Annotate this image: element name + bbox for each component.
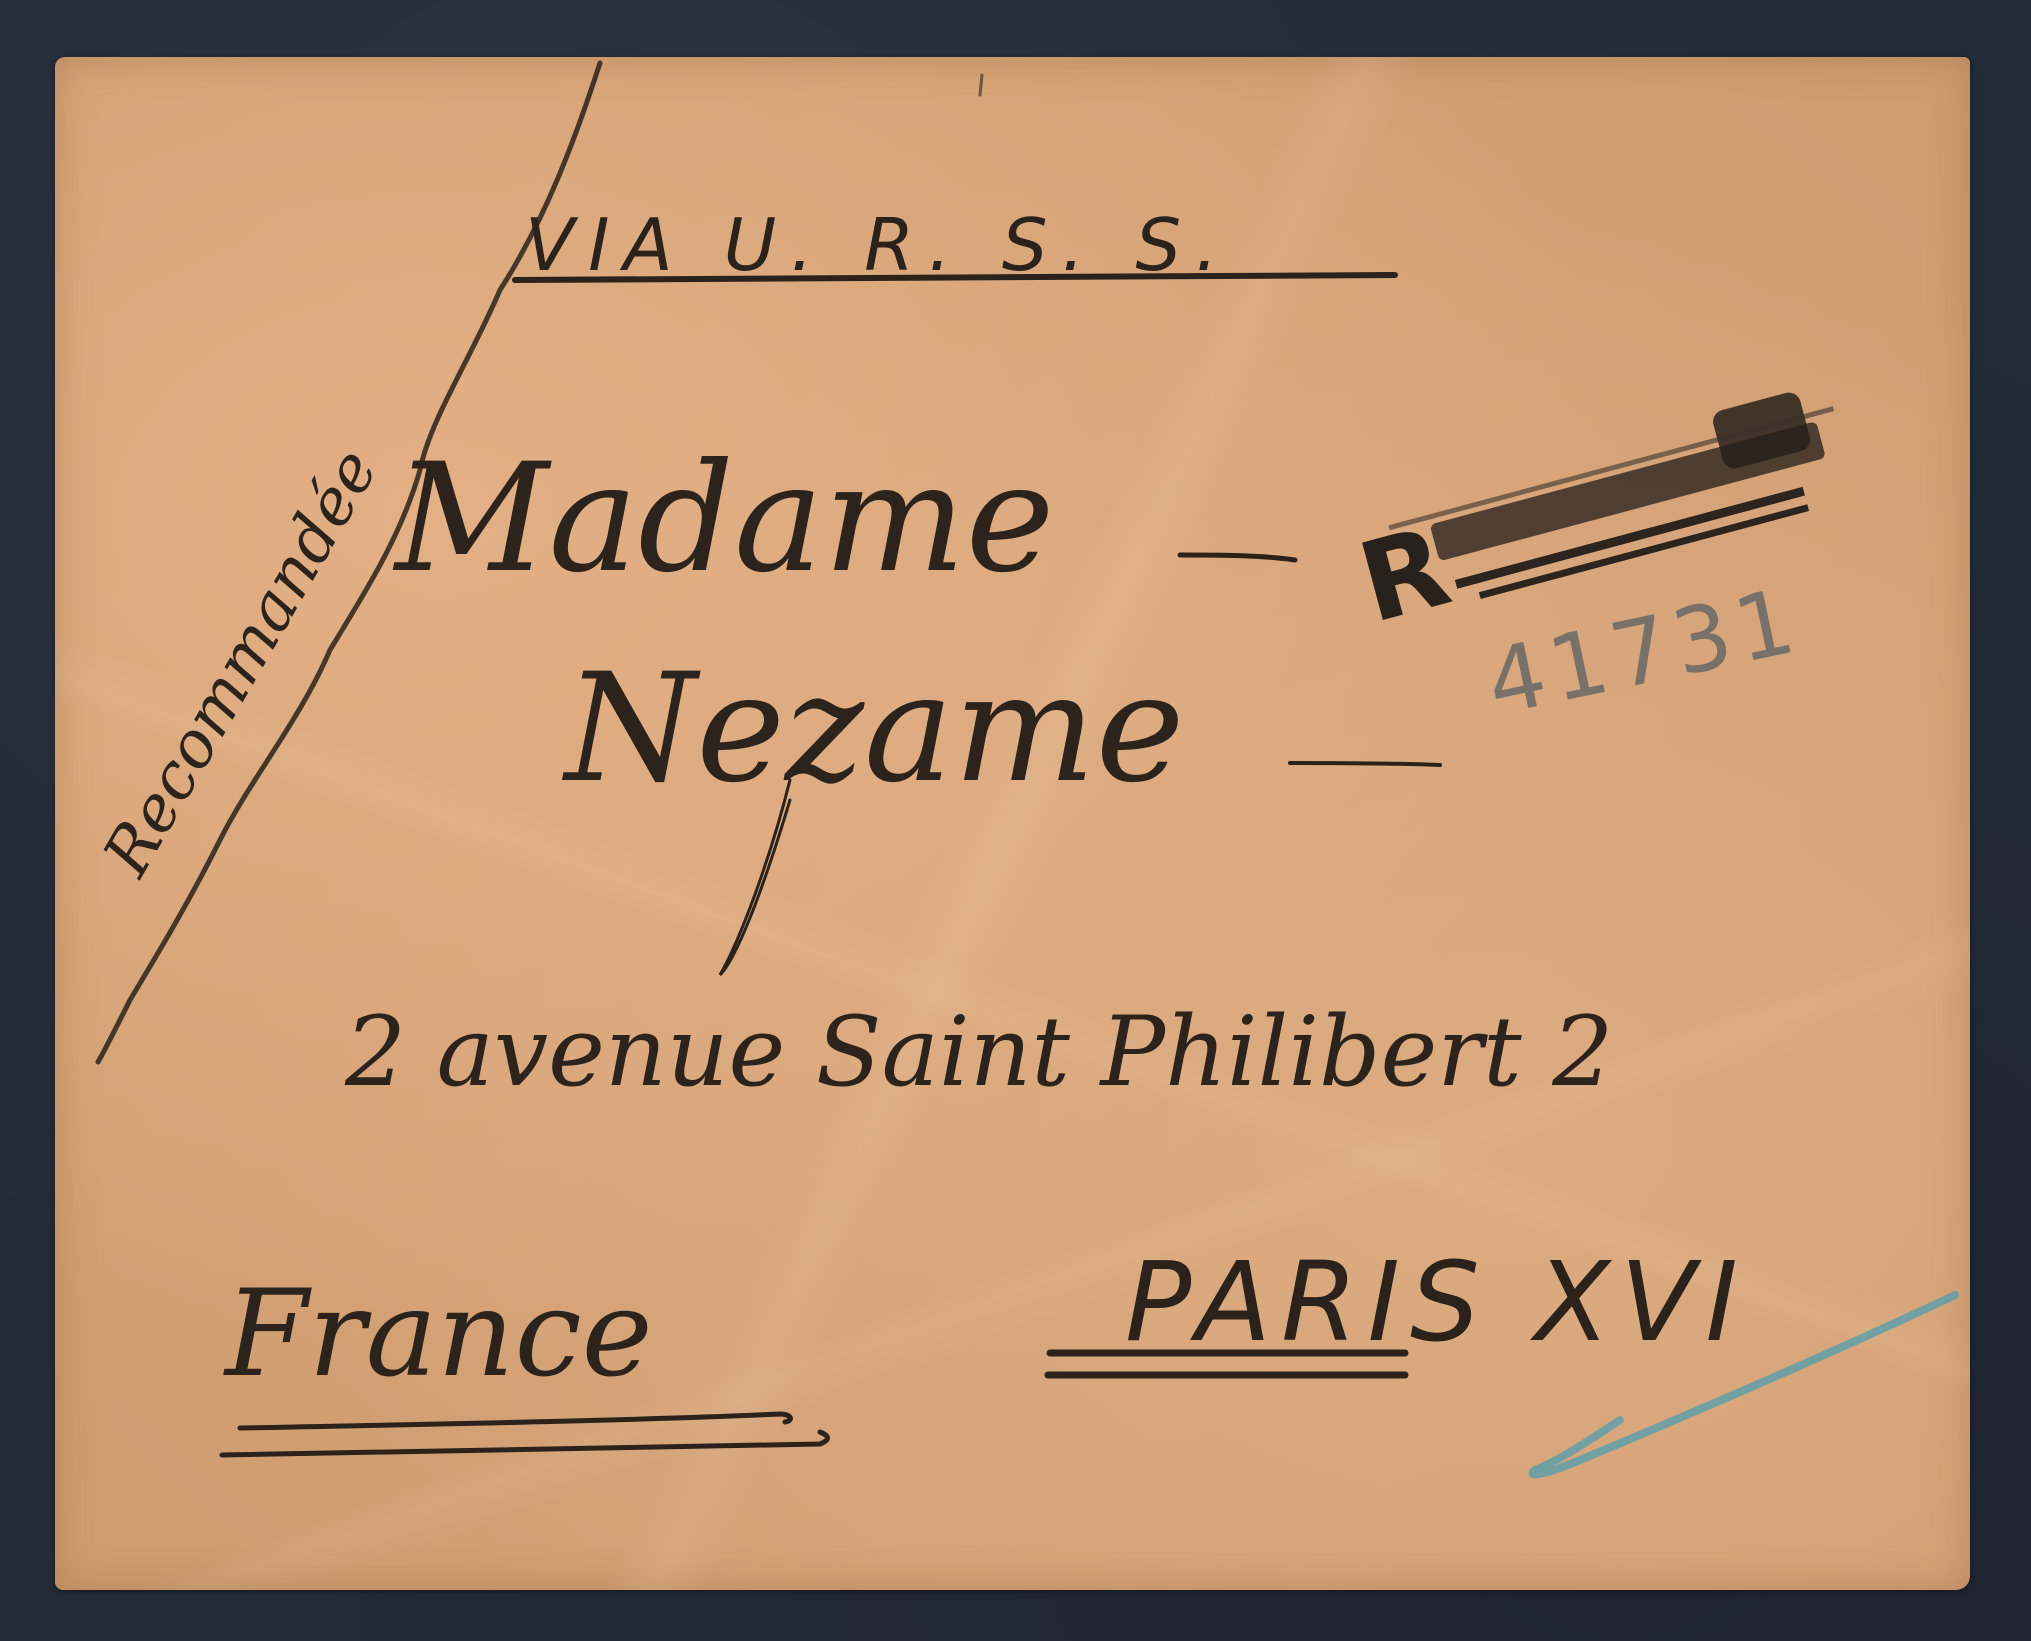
recipient-salutation: Madame — [392, 432, 1054, 606]
recipient-country: France — [223, 1265, 653, 1404]
ink-speck — [980, 75, 982, 95]
salutation-tail — [1180, 555, 1295, 560]
service-note-recommandee: Recommandée — [89, 437, 393, 889]
recipient-city: PARIS XVI — [1125, 1238, 1748, 1366]
country-underline-2 — [222, 1432, 828, 1455]
name-tail — [1290, 763, 1440, 765]
country-underline-1 — [240, 1414, 790, 1428]
registration-number: 41731 — [1478, 568, 1809, 736]
recipient-name: Nezame — [562, 642, 1184, 816]
recipient-street: 2 avenue Saint Philibert 2 — [344, 996, 1613, 1108]
envelope-writing: Recommandée VIA U. R. S. S. Madame Nezam… — [0, 0, 2031, 1641]
